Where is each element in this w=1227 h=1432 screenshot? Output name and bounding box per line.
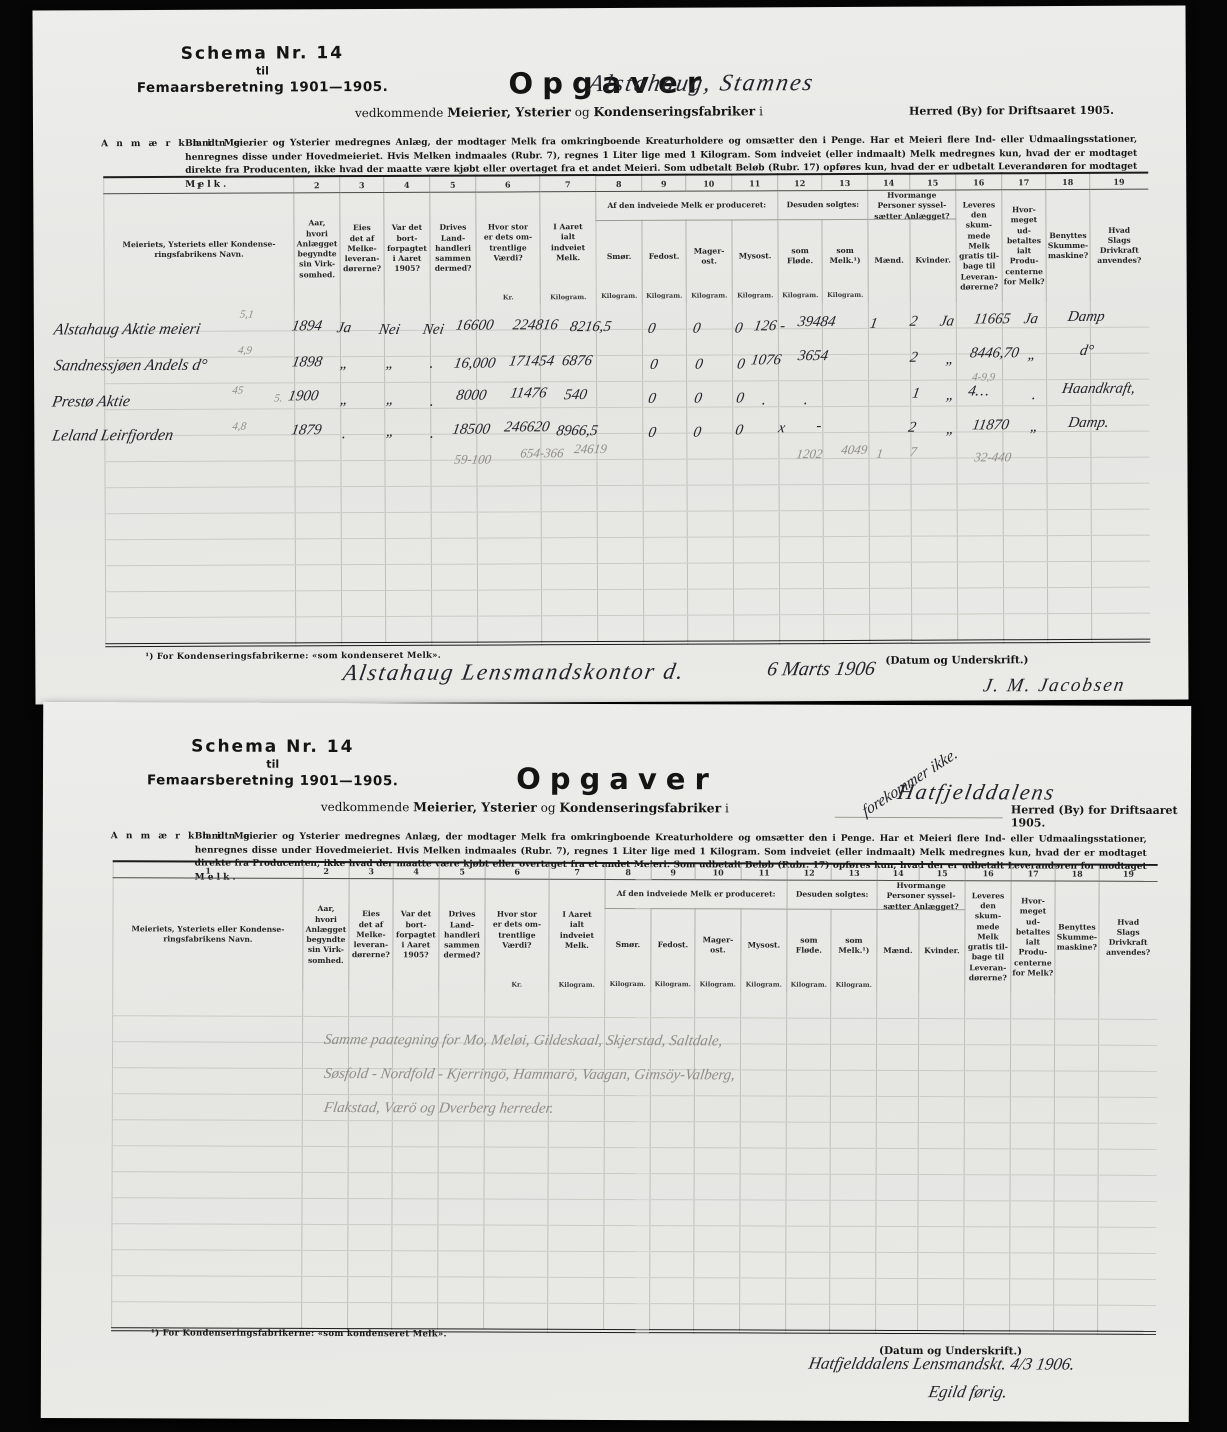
table-cell bbox=[787, 1018, 831, 1044]
table-cell bbox=[1091, 379, 1149, 405]
table-cell bbox=[478, 590, 542, 616]
table-cell bbox=[644, 589, 688, 615]
table-cell bbox=[438, 1121, 484, 1147]
table-cell bbox=[824, 614, 870, 642]
table-cell bbox=[106, 591, 296, 618]
column-header: Hvor- meget ud- betaltes ialt Produ- cen… bbox=[1011, 881, 1055, 994]
table-cell bbox=[877, 1018, 919, 1044]
table-cell bbox=[1054, 1227, 1098, 1253]
table-cell bbox=[604, 1069, 650, 1095]
table-cell bbox=[113, 990, 303, 1016]
table-cell bbox=[687, 355, 733, 381]
table-cell bbox=[779, 433, 823, 459]
table-cell bbox=[779, 381, 823, 407]
table-cell bbox=[650, 1174, 694, 1200]
table-cell bbox=[386, 616, 432, 644]
table-cell bbox=[604, 1173, 650, 1199]
table-cell bbox=[650, 1252, 694, 1278]
table-cell bbox=[650, 1096, 694, 1122]
table-cell bbox=[643, 485, 687, 511]
table-cell bbox=[431, 538, 477, 564]
table-row bbox=[112, 1224, 1156, 1254]
table-cell bbox=[779, 355, 823, 381]
table-cell bbox=[1098, 1097, 1156, 1123]
table-cell bbox=[912, 588, 958, 614]
table-cell bbox=[694, 1252, 740, 1278]
handwritten-entry: Egild førig. bbox=[927, 1383, 1008, 1400]
table-cell bbox=[384, 330, 430, 356]
table-cell bbox=[385, 512, 431, 538]
table-cell bbox=[786, 1174, 830, 1200]
table-cell bbox=[477, 512, 541, 538]
table-cell bbox=[1054, 1201, 1098, 1227]
table-row bbox=[112, 1198, 1156, 1228]
table-cell bbox=[786, 1304, 830, 1332]
table-cell bbox=[1054, 1097, 1098, 1123]
table-cell bbox=[112, 1302, 302, 1330]
column-number: 3 bbox=[349, 862, 393, 879]
table-cell bbox=[830, 1122, 876, 1148]
column-header: I Aaret ialt indveiet Melk.Kilogram. bbox=[540, 192, 596, 305]
table-cell bbox=[957, 458, 1003, 484]
table-cell bbox=[694, 1044, 740, 1070]
subtitle-og: og bbox=[541, 801, 556, 815]
table-cell bbox=[348, 1095, 392, 1121]
table-cell bbox=[786, 1070, 830, 1096]
table-cell bbox=[294, 331, 340, 357]
footnote: ¹) For Kondenseringsfabrikerne: «som kon… bbox=[145, 651, 441, 662]
table-cell bbox=[341, 460, 385, 486]
column-header: Drives Land- handleri sammen dermed? bbox=[430, 192, 476, 305]
table-cell bbox=[597, 407, 643, 433]
column-number: 15 bbox=[910, 173, 956, 190]
column-subheader: Mager- ost.Kilogram. bbox=[695, 909, 741, 992]
table-cell bbox=[965, 993, 1011, 1019]
table-cell bbox=[733, 459, 779, 485]
table-cell bbox=[740, 1070, 786, 1096]
table-cell bbox=[1003, 406, 1047, 432]
table-cell bbox=[824, 588, 870, 614]
table-cell bbox=[911, 406, 957, 432]
table-cell bbox=[831, 993, 877, 1019]
table-cell bbox=[438, 1147, 484, 1173]
table-cell bbox=[296, 617, 342, 645]
table-cell bbox=[478, 616, 542, 644]
table-cell bbox=[604, 1121, 650, 1147]
column-number: 11 bbox=[741, 863, 787, 880]
table-cell bbox=[392, 1303, 438, 1331]
table-cell bbox=[484, 1225, 548, 1251]
table-cell bbox=[869, 536, 911, 562]
table-cell bbox=[686, 329, 732, 355]
table-cell bbox=[957, 562, 1003, 588]
column-header: Desuden solgtes: bbox=[778, 190, 868, 220]
column-subheader: Mager- ost.Kilogram. bbox=[686, 220, 732, 303]
table-cell bbox=[105, 513, 295, 540]
table-cell bbox=[105, 409, 295, 436]
column-subheader: Mysost.Kilogram. bbox=[741, 909, 787, 992]
table-cell bbox=[964, 1305, 1010, 1333]
table-cell bbox=[822, 303, 868, 329]
column-number: 13 bbox=[822, 174, 868, 191]
column-header: Hvor stor er dets om- trentlige Værdi?Kr… bbox=[485, 879, 549, 992]
table-cell bbox=[733, 537, 779, 563]
table-cell bbox=[822, 328, 868, 354]
table-cell bbox=[787, 993, 831, 1019]
table-cell bbox=[1010, 1149, 1054, 1175]
table-cell bbox=[687, 537, 733, 563]
table-cell bbox=[957, 510, 1003, 536]
table-cell bbox=[439, 991, 485, 1017]
table-cell bbox=[604, 1251, 650, 1277]
table-cell bbox=[348, 1147, 392, 1173]
table-cell bbox=[694, 1148, 740, 1174]
table-cell bbox=[393, 1017, 439, 1043]
table-cell bbox=[605, 1017, 651, 1043]
table-cell bbox=[392, 1277, 438, 1303]
table-cell bbox=[740, 1044, 786, 1070]
table-cell bbox=[541, 486, 597, 512]
table-cell bbox=[541, 538, 597, 564]
table-cell bbox=[740, 1096, 786, 1122]
table-cell bbox=[830, 1148, 876, 1174]
table-cell bbox=[604, 1225, 650, 1251]
table-cell bbox=[484, 1303, 548, 1331]
table-cell bbox=[830, 1252, 876, 1278]
herred-label: Herred (By) for Driftsaaret 1905. bbox=[909, 104, 1114, 118]
table-cell bbox=[484, 1121, 548, 1147]
table-cell bbox=[105, 435, 295, 462]
column-number: 19 bbox=[1090, 173, 1148, 190]
table-cell bbox=[779, 485, 823, 511]
table-cell bbox=[877, 993, 919, 1019]
table-cell bbox=[597, 537, 643, 563]
column-subheader: Kvinder. bbox=[919, 910, 965, 993]
column-header: Benyttes Skumme- maskine? bbox=[1046, 189, 1090, 302]
table-cell bbox=[477, 564, 541, 590]
table-cell bbox=[484, 1147, 548, 1173]
scanned-page-1: Schema Nr. 14 til Femaarsberetning 1901—… bbox=[32, 5, 1188, 704]
table-cell bbox=[549, 1017, 605, 1043]
column-subheader: som Melk.¹)Kilogram. bbox=[822, 220, 868, 303]
table-cell bbox=[477, 382, 541, 408]
table-cell bbox=[541, 382, 597, 408]
table-cell bbox=[911, 432, 957, 458]
table-cell bbox=[105, 539, 295, 566]
table-cell bbox=[431, 356, 477, 382]
table-cell bbox=[741, 1018, 787, 1044]
column-number: 1 bbox=[104, 176, 294, 193]
table-cell bbox=[823, 510, 869, 536]
table-cell bbox=[694, 1200, 740, 1226]
table-cell bbox=[957, 380, 1003, 406]
table-cell bbox=[431, 382, 477, 408]
table-cell bbox=[740, 1148, 786, 1174]
column-number: 5 bbox=[439, 862, 485, 879]
table-cell bbox=[548, 1043, 604, 1069]
table-cell bbox=[650, 1304, 694, 1332]
subtitle-meierier: Meierier, Ysterier bbox=[413, 799, 537, 814]
table-cell bbox=[348, 1199, 392, 1225]
table-cell bbox=[918, 1071, 964, 1097]
column-header: Hvor stor er dets om- trentlige Værdi?Kr… bbox=[476, 192, 540, 305]
column-number: 11 bbox=[732, 174, 778, 191]
table-cell bbox=[112, 1068, 302, 1095]
table-cell bbox=[1098, 1253, 1156, 1279]
table-cell bbox=[876, 1044, 918, 1070]
table-cell bbox=[1098, 1149, 1156, 1175]
table-row bbox=[113, 990, 1157, 1019]
table-cell bbox=[831, 1018, 877, 1044]
table-cell bbox=[540, 330, 596, 356]
subtitle-meierier: Meierier, Ysterier bbox=[447, 104, 571, 120]
table-cell bbox=[294, 305, 340, 331]
table-cell bbox=[732, 303, 778, 329]
report-table-container: 12345678910111213141516171819Meieriets, … bbox=[111, 860, 1159, 1335]
table-cell bbox=[1054, 1123, 1098, 1149]
column-number: 10 bbox=[686, 174, 732, 191]
table-cell bbox=[1003, 562, 1047, 588]
page-footer: ¹) For Kondenseringsfabrikerne: «som kon… bbox=[105, 648, 1151, 653]
table-cell bbox=[1047, 509, 1091, 535]
column-subheader: som Fløde.Kilogram. bbox=[778, 220, 822, 303]
table-cell bbox=[1055, 994, 1099, 1020]
table-cell bbox=[430, 330, 476, 356]
table-cell bbox=[779, 537, 823, 563]
table-cell bbox=[823, 406, 869, 432]
table-cell bbox=[431, 460, 477, 486]
table-cell bbox=[1091, 483, 1149, 509]
column-header: Desuden solgtes: bbox=[787, 880, 877, 910]
table-cell bbox=[348, 1225, 392, 1251]
table-row bbox=[112, 1042, 1156, 1072]
table-cell bbox=[644, 615, 688, 643]
column-number: 5 bbox=[430, 176, 476, 193]
table-cell bbox=[1010, 1305, 1054, 1333]
table-cell bbox=[393, 991, 439, 1017]
table-cell bbox=[918, 1253, 964, 1279]
table-cell bbox=[869, 510, 911, 536]
table-cell bbox=[1004, 588, 1048, 614]
table-cell bbox=[348, 1069, 392, 1095]
table-cell bbox=[596, 304, 642, 330]
table-cell bbox=[919, 1019, 965, 1045]
subtitle-i: i bbox=[725, 801, 729, 815]
table-cell bbox=[541, 408, 597, 434]
table-cell bbox=[541, 460, 597, 486]
table-cell bbox=[1046, 327, 1090, 353]
table-cell bbox=[548, 1277, 604, 1303]
herred-label: Herred (By) for Driftsaaret 1905. bbox=[1011, 803, 1191, 830]
table-cell bbox=[1092, 613, 1150, 641]
table-cell bbox=[786, 1252, 830, 1278]
table-cell bbox=[295, 357, 341, 383]
table-cell bbox=[484, 1069, 548, 1095]
column-number: 12 bbox=[787, 864, 831, 881]
column-number: 6 bbox=[485, 863, 549, 880]
table-cell bbox=[485, 1017, 549, 1043]
table-cell bbox=[104, 305, 294, 331]
fill-in-blank-line bbox=[835, 817, 1003, 819]
column-header: Leveres den skum- mede Melk gratis til- … bbox=[956, 190, 1002, 303]
table-cell bbox=[694, 1226, 740, 1252]
table-cell bbox=[392, 1043, 438, 1069]
table-cell bbox=[604, 1199, 650, 1225]
table-cell bbox=[650, 1148, 694, 1174]
table-cell bbox=[733, 485, 779, 511]
table-cell bbox=[385, 460, 431, 486]
table-cell bbox=[341, 564, 385, 590]
table-cell bbox=[1098, 1305, 1156, 1333]
table-cell bbox=[687, 485, 733, 511]
table-cell bbox=[341, 512, 385, 538]
handwritten-entry: Hatfjelddalens Lensmandskt. 4/3 1906. bbox=[807, 1355, 1076, 1373]
table-cell bbox=[104, 331, 294, 358]
table-cell bbox=[548, 1095, 604, 1121]
table-cell bbox=[484, 1199, 548, 1225]
table-cell bbox=[1047, 431, 1091, 457]
table-cell bbox=[694, 1304, 740, 1332]
footnote: ¹) For Kondenseringsfabrikerne: «som kon… bbox=[151, 1328, 447, 1339]
subtitle-i: i bbox=[759, 104, 763, 118]
column-header: Af den indveiede Melk er produceret: bbox=[605, 879, 787, 909]
table-cell bbox=[348, 1303, 392, 1331]
column-header: Hvormange Personer syssel- sætter Anlægg… bbox=[877, 880, 965, 910]
table-cell bbox=[868, 303, 910, 329]
table-cell bbox=[605, 992, 651, 1018]
column-header: Hvad Slags Drivkraft anvendes? bbox=[1099, 881, 1157, 994]
table-cell bbox=[1010, 1097, 1054, 1123]
table-cell bbox=[385, 564, 431, 590]
table-cell bbox=[295, 513, 341, 539]
table-cell bbox=[1098, 1201, 1156, 1227]
table-cell bbox=[477, 434, 541, 460]
scanned-document: Schema Nr. 14 til Femaarsberetning 1901—… bbox=[0, 0, 1227, 1432]
table-cell bbox=[964, 1097, 1010, 1123]
column-number: 1 bbox=[113, 861, 303, 878]
table-cell bbox=[105, 461, 295, 488]
table-cell bbox=[484, 1251, 548, 1277]
table-cell bbox=[786, 1200, 830, 1226]
table-cell bbox=[476, 330, 540, 356]
table-cell bbox=[477, 538, 541, 564]
table-cell bbox=[1099, 1019, 1157, 1045]
table-cell bbox=[438, 1303, 484, 1331]
table-cell bbox=[910, 302, 956, 328]
table-cell bbox=[643, 511, 687, 537]
column-number: 10 bbox=[695, 863, 741, 880]
table-cell bbox=[786, 1122, 830, 1148]
table-cell bbox=[1047, 535, 1091, 561]
table-cell bbox=[1047, 379, 1091, 405]
table-cell bbox=[342, 590, 386, 616]
table-cell bbox=[432, 616, 478, 644]
table-cell bbox=[112, 1146, 302, 1173]
table-cell bbox=[548, 1303, 604, 1331]
report-table: 12345678910111213141516171819Meieriets, … bbox=[103, 172, 1150, 648]
table-cell bbox=[918, 1305, 964, 1333]
table-cell bbox=[303, 1016, 349, 1042]
table-cell bbox=[1003, 510, 1047, 536]
column-number: 9 bbox=[642, 175, 686, 192]
column-number: 18 bbox=[1046, 173, 1090, 190]
column-number: 2 bbox=[294, 176, 340, 193]
table-cell bbox=[431, 408, 477, 434]
table-cell bbox=[650, 1122, 694, 1148]
table-cell bbox=[548, 1225, 604, 1251]
table-cell bbox=[918, 1279, 964, 1305]
table-cell bbox=[643, 433, 687, 459]
table-cell bbox=[548, 1121, 604, 1147]
table-cell bbox=[1047, 457, 1091, 483]
table-cell bbox=[1047, 561, 1091, 587]
table-cell bbox=[733, 381, 779, 407]
table-cell bbox=[1010, 1123, 1054, 1149]
table-cell bbox=[1003, 380, 1047, 406]
table-cell bbox=[642, 329, 686, 355]
table-cell bbox=[392, 1147, 438, 1173]
column-number: 16 bbox=[965, 864, 1011, 881]
table-cell bbox=[302, 1042, 348, 1068]
table-cell bbox=[105, 487, 295, 514]
table-cell bbox=[869, 380, 911, 406]
table-cell bbox=[733, 407, 779, 433]
table-cell bbox=[484, 1173, 548, 1199]
table-cell bbox=[385, 382, 431, 408]
table-cell bbox=[548, 1069, 604, 1095]
table-cell bbox=[911, 380, 957, 406]
report-table-container: 12345678910111213141516171819Meieriets, … bbox=[103, 172, 1151, 648]
table-cell bbox=[957, 432, 1003, 458]
table-cell bbox=[349, 991, 393, 1017]
table-cell bbox=[295, 383, 341, 409]
table-cell bbox=[642, 304, 686, 330]
column-header: Leveres den skum- mede Melk gratis til- … bbox=[965, 881, 1011, 994]
table-row bbox=[112, 1172, 1156, 1202]
column-number: 12 bbox=[778, 174, 822, 191]
table-cell bbox=[296, 591, 342, 617]
table-cell bbox=[741, 992, 787, 1018]
table-cell bbox=[911, 458, 957, 484]
table-cell bbox=[1054, 1149, 1098, 1175]
table-cell bbox=[786, 1278, 830, 1304]
table-cell bbox=[484, 1277, 548, 1303]
table-cell bbox=[1054, 1253, 1098, 1279]
table-cell bbox=[1054, 1175, 1098, 1201]
table-cell bbox=[341, 356, 385, 382]
table-cell bbox=[740, 1252, 786, 1278]
table-cell bbox=[385, 486, 431, 512]
column-header: Hvormange Personer syssel- sætter Anlægg… bbox=[868, 190, 956, 220]
table-cell bbox=[295, 435, 341, 461]
table-cell bbox=[341, 486, 385, 512]
column-subheader: som Fløde.Kilogram. bbox=[787, 909, 831, 992]
table-cell bbox=[823, 458, 869, 484]
table-cell bbox=[733, 511, 779, 537]
scanned-page-2: Schema Nr. 14 til Femaarsberetning 1901—… bbox=[41, 702, 1191, 1422]
table-cell bbox=[869, 562, 911, 588]
table-cell bbox=[477, 408, 541, 434]
table-cell bbox=[1098, 1045, 1156, 1071]
table-cell bbox=[876, 1174, 918, 1200]
table-cell bbox=[786, 1226, 830, 1252]
table-cell bbox=[869, 432, 911, 458]
table-cell bbox=[112, 1276, 302, 1303]
table-cell bbox=[778, 303, 822, 329]
table-cell bbox=[597, 459, 643, 485]
table-cell bbox=[542, 616, 598, 644]
table-cell bbox=[386, 590, 432, 616]
